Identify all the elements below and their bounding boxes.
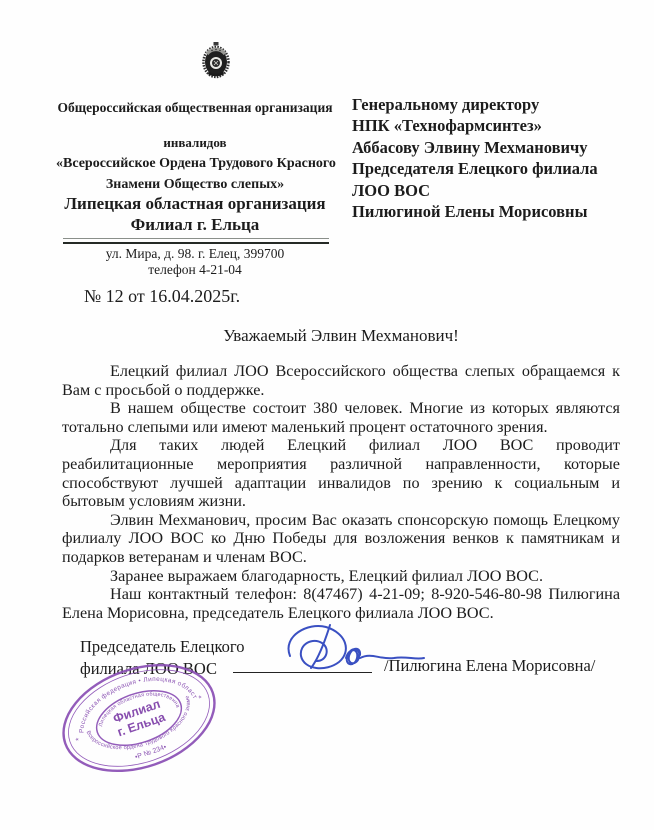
org-phone: телефон 4-21-04: [56, 262, 334, 278]
recipient-line: Генеральному директору: [352, 94, 647, 115]
body-paragraph: Елецкий филиал ЛОО Всероссийского общест…: [62, 362, 620, 399]
body-paragraph: Элвин Мехманович, просим Вас оказать спо…: [62, 511, 620, 567]
recipient-line: Пилюгиной Елены Морисовны: [352, 201, 647, 222]
org-name-line3: «Всероссийское Ордена Трудового Красного: [56, 156, 334, 172]
org-branch-line: Филиал г. Ельца: [56, 215, 334, 235]
salutation: Уважаемый Элвин Мехманович!: [62, 326, 620, 346]
org-name-line5: Липецкая областная организация: [56, 194, 334, 214]
stamp-star-left: *: [75, 736, 81, 746]
org-name-line1: Общероссийская общественная организация: [56, 100, 334, 116]
organization-emblem-icon: [201, 41, 231, 81]
signer-name: /Пилюгина Елена Морисовна/: [384, 656, 595, 676]
recipient-line: Председателя Елецкого филиала: [352, 158, 647, 179]
recipient-line: Аббасову Элвину Мехмановичу: [352, 137, 647, 158]
body-paragraph: В нашем обществе состоит 380 человек. Мн…: [62, 399, 620, 436]
reference-number: № 12 от 16.04.2025г.: [84, 286, 240, 307]
body-paragraph: Наш контактный телефон: 8(47467) 4-21-09…: [62, 585, 620, 622]
stamp-star-right: *: [198, 694, 204, 704]
recipient-line: ЛОО ВОС: [352, 180, 647, 201]
signer-title-line1: Председатель Елецкого: [80, 636, 245, 658]
body-paragraph: Для таких людей Елецкий филиал ЛОО ВОС п…: [62, 436, 620, 510]
org-address: ул. Мира, д. 98. г. Елец, 399700: [56, 246, 334, 262]
body-paragraph: Заранее выражаем благодарность, Елецкий …: [62, 567, 620, 586]
recipient-block: Генеральному директору НПК «Технофармсин…: [352, 94, 647, 222]
letter-page: Общероссийская общественная организация …: [0, 0, 654, 830]
recipient-line: НПК «Технофармсинтез»: [352, 115, 647, 136]
official-stamp: Российская федерация • Липецкая область …: [54, 656, 224, 781]
org-name-line2: инвалидов: [56, 135, 334, 151]
letterhead-divider: [63, 238, 329, 244]
org-name-line4: Знамени Общество слепых»: [56, 177, 334, 193]
letter-body: Елецкий филиал ЛОО Всероссийского общест…: [62, 362, 620, 622]
